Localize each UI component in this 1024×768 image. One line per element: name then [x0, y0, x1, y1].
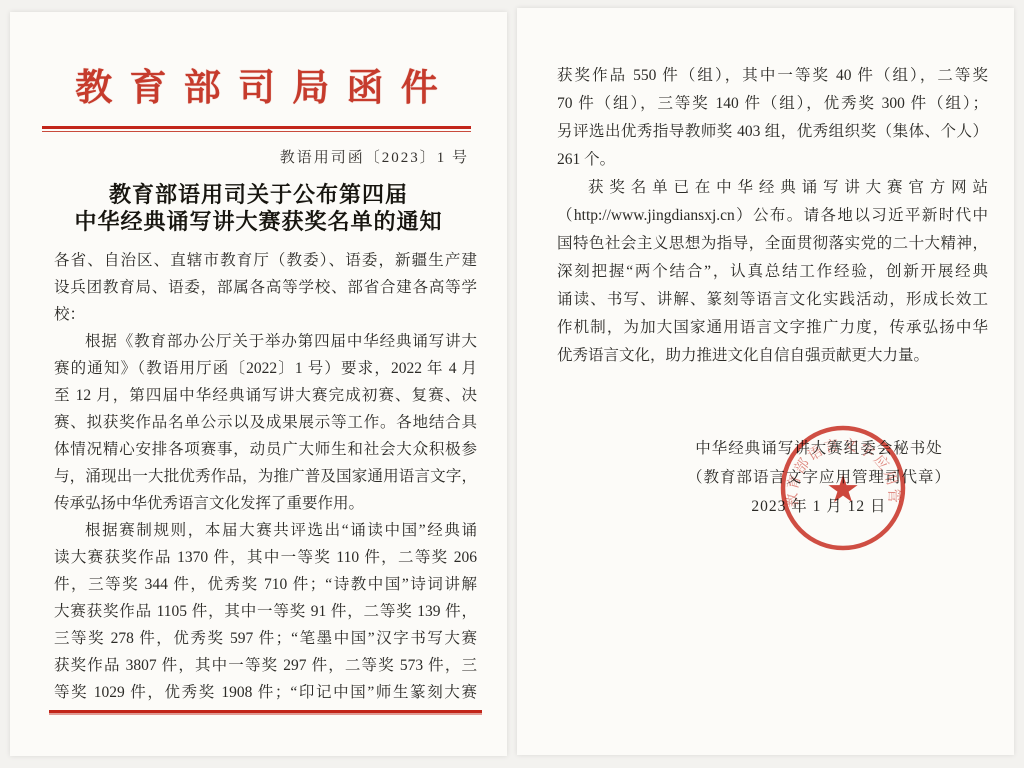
- letterhead-rule: [42, 126, 471, 132]
- document-line: 获奖作品 550 件（组），其中一等奖 40 件（组），二等奖: [557, 62, 988, 90]
- document-line: 另评选出优秀指导教师奖 403 组，优秀组织奖（集体、个人）: [557, 118, 988, 146]
- document-page-left: 教 育 部 司 局 函 件 教语用司函〔2023〕1 号 教育部语用司关于公布第…: [10, 12, 507, 756]
- document-line: 根据《教育部办公厅关于举办第四届中华经典诵写讲大: [54, 328, 477, 355]
- document-line: 读大赛获奖作品 1370 件，其中一等奖 110 件，二等奖 206: [54, 544, 477, 571]
- body-text-right: 获奖作品 550 件（组），其中一等奖 40 件（组），二等奖70 件（组），三…: [557, 8, 988, 370]
- document-line: 作机制，为加大国家通用语言文字推广力度，传承弘扬中华: [557, 314, 988, 342]
- document-line: 与，涌现出一大批优秀作品，为推广普及国家通用语言文字，: [54, 463, 477, 490]
- letterhead-title: 教 育 部 司 局 函 件: [10, 68, 507, 110]
- document-line: 获奖作品 3807 件，其中一等奖 297 件，二等奖 573 件，三: [54, 652, 477, 679]
- document-line: 各省、自治区、直辖市教育厅（教委）、语委，新疆生产建: [54, 247, 477, 274]
- document-line: 传承弘扬中华优秀语言文化发挥了重要作用。: [54, 490, 477, 517]
- document-line: 体情况精心安排各项赛事，动员广大师生和社会大众积极参: [54, 436, 477, 463]
- notice-title-line1: 教育部语用司关于公布第四届: [10, 181, 507, 208]
- document-line: 赛、拟获奖作品名单公示以及成果展示等工作。各地结合具: [54, 409, 477, 436]
- document-page-right: 获奖作品 550 件（组），其中一等奖 40 件（组），二等奖70 件（组），三…: [517, 8, 1014, 755]
- document-line: 优秀语言文化，助力推进文化自信自强贡献更大力量。: [557, 342, 988, 370]
- document-line: 件，三等奖 344 件，优秀奖 710 件；“诗教中国”诗词讲解: [54, 571, 477, 598]
- document-line: 根据赛制规则，本届大赛共评选出“诵读中国”经典诵: [54, 517, 477, 544]
- signature-date: 2023 年 1 月 12 日: [664, 492, 974, 521]
- body-text-left: 各省、自治区、直辖市教育厅（教委）、语委，新疆生产建设兵团教育局、语委，部属各高…: [54, 247, 477, 706]
- document-line: 校：: [54, 301, 477, 328]
- document-line: 深刻把握“两个结合”，认真总结工作经验，创新开展经典: [557, 258, 988, 286]
- document-line: 70 件（组），三等奖 140 件（组），优秀奖 300 件（组）；: [557, 90, 988, 118]
- document-line: 至 12 月，第四届中华经典诵写讲大赛完成初赛、复赛、决: [54, 382, 477, 409]
- document-line: 诵读、书写、讲解、篆刻等语言文化实践活动，形成长效工: [557, 286, 988, 314]
- notice-title-line2: 中华经典诵写讲大赛获奖名单的通知: [10, 208, 507, 235]
- document-line: 赛的通知》（教语用厅函〔2022〕1 号）要求，2022 年 4 月: [54, 355, 477, 382]
- document-line: 三等奖 278 件，优秀奖 597 件；“笔墨中国”汉字书写大赛: [54, 625, 477, 652]
- signature-agency: （教育部语言文字应用管理司代章）: [664, 463, 974, 492]
- document-number: 教语用司函〔2023〕1 号: [10, 148, 469, 168]
- scan-background: { "colors":{ "banner_red":"#c63b2c", "ru…: [0, 0, 1024, 768]
- notice-title: 教育部语用司关于公布第四届 中华经典诵写讲大赛获奖名单的通知: [10, 181, 507, 235]
- document-line: 获奖名单已在中华经典诵写讲大赛官方网站: [557, 174, 988, 202]
- document-line: 国特色社会主义思想为指导，全面贯彻落实党的二十大精神，: [557, 230, 988, 258]
- document-line: 等奖 1029 件，优秀奖 1908 件；“印记中国”师生篆刻大赛: [54, 679, 477, 706]
- document-line: 大赛获奖作品 1105 件，其中一等奖 91 件，二等奖 139 件，: [54, 598, 477, 625]
- signature-organization: 中华经典诵写讲大赛组委会秘书处: [664, 434, 974, 463]
- document-line: 261 个。: [557, 146, 988, 174]
- signature-block: 中华经典诵写讲大赛组委会秘书处 （教育部语言文字应用管理司代章） 2023 年 …: [664, 434, 974, 521]
- document-line: （http://www.jingdiansxj.cn）公布。请各地以习近平新时代…: [557, 202, 988, 230]
- document-line: 设兵团教育局、语委，部属各高等学校、部省合建各高等学: [54, 274, 477, 301]
